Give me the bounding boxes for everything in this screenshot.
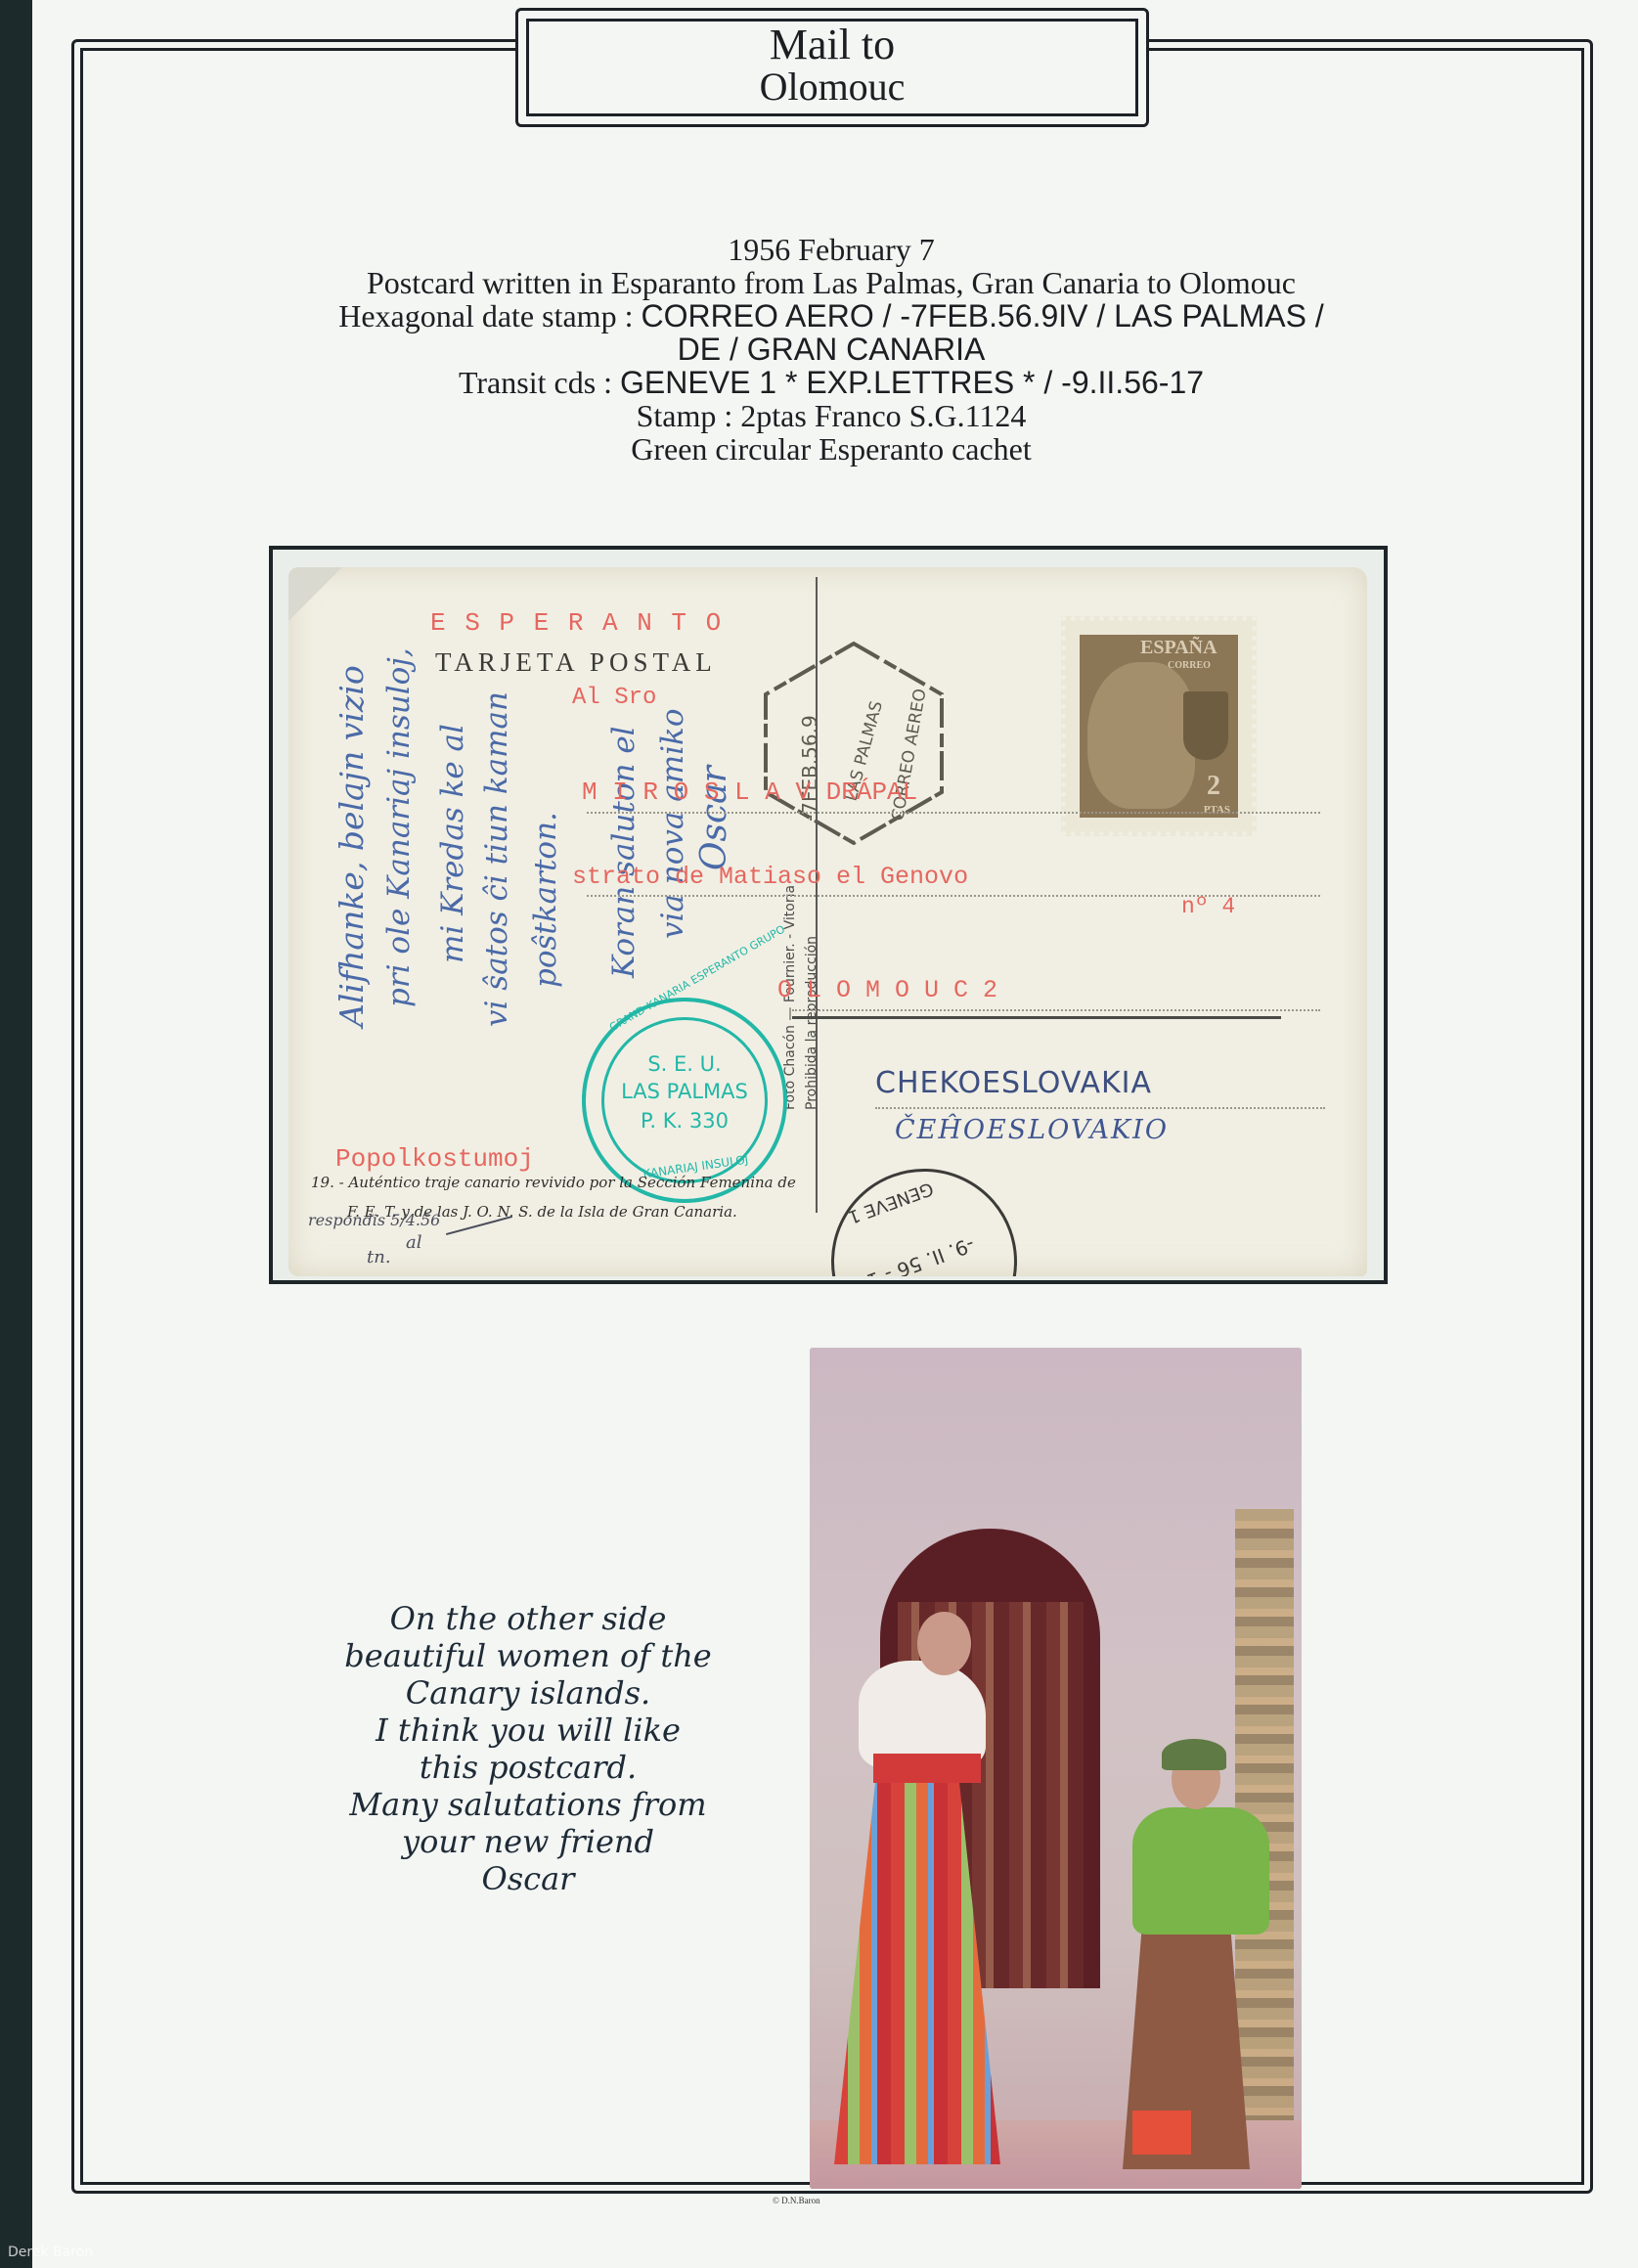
postcard-address-side: Alifhanke, belajn vizio pri ole Kanariaj… <box>288 567 1367 1276</box>
handwritten-message: On the other side beautiful women of the… <box>284 1600 773 1897</box>
handwriting-line: mi Kredas ke al <box>435 724 470 963</box>
description-transit: Transit cds : GENEVE 1 * EXP.LETTRES * /… <box>196 366 1467 399</box>
watermark: Derek Baron <box>8 2245 93 2260</box>
address-street: strato de Matiaso el Genovo <box>572 863 968 891</box>
pencil-note: al <box>406 1232 422 1253</box>
address-city: O L O M O U C 2 <box>777 976 997 1004</box>
description-date: 1956 February 7 <box>196 233 1467 266</box>
description-stamp: Stamp : 2ptas Franco S.G.1124 <box>196 399 1467 432</box>
country-esperanto: ČEĤOESLOVAKIO <box>895 1115 1169 1145</box>
typed-addressee-prefix: Al Sro <box>572 685 656 711</box>
pencil-note: respondis 5/4.56 <box>308 1211 440 1229</box>
typed-esperanto-header: E S P E R A N T O <box>430 608 723 638</box>
address-name: M I R O S L A V DRÁPAL <box>582 778 917 807</box>
handwriting-line: vi ŝatos ĉi tiun kaman <box>479 691 514 1027</box>
city-underline <box>792 1016 1281 1019</box>
typed-caption: Popolkostumoj <box>335 1144 534 1174</box>
reproduction-notice: Prohibida la reproducción <box>804 936 819 1110</box>
handwriting-line: pri ole Kanariaj insuloj, <box>381 647 417 1007</box>
description-hex-stamp-cont: DE / GRAN CANARIA <box>196 333 1467 366</box>
country-handwritten: CHEKOESLOVAKIA <box>875 1066 1152 1100</box>
franco-portrait <box>1087 662 1195 809</box>
address-line <box>792 1009 1320 1011</box>
description-block: 1956 February 7 Postcard written in Espa… <box>196 233 1467 466</box>
geneve-postmark: EXP. LETTRES -9. II. 56 - 17 GENEVE 1 <box>805 1142 1043 1276</box>
page-title: Mail to <box>770 23 895 67</box>
photo-corner <box>288 567 342 621</box>
address-line <box>587 812 1320 814</box>
address-line <box>875 1107 1325 1109</box>
postage-stamp: ESPAÑA CORREO 2 PTAS <box>1061 616 1257 836</box>
handwriting-line: poŝtkarton. <box>528 812 563 988</box>
handwriting-line: via nova amiko <box>655 709 690 939</box>
pencil-note: tn. <box>367 1247 391 1267</box>
handwriting-line: Koran saluton el <box>606 726 642 978</box>
address-house-number: nº 4 <box>1181 894 1235 919</box>
handwriting-line: Alifhanke, belajn vizio <box>332 665 371 1027</box>
coat-of-arms <box>1183 691 1228 760</box>
esperanto-cachet: S. E. U. LAS PALMAS P. K. 330 GRAND-KANA… <box>582 998 787 1203</box>
description-summary: Postcard written in Esparanto from Las P… <box>196 266 1467 299</box>
copyright: © D.N.Baron <box>773 2196 820 2205</box>
page-subtitle: Olomouc <box>760 67 906 108</box>
postcard-picture-side <box>810 1348 1302 2189</box>
title-box: Mail to Olomouc <box>515 8 1149 127</box>
printed-tarjeta-postal: TARJETA POSTAL <box>435 647 717 678</box>
description-hex-stamp: Hexagonal date stamp : CORREO AERO / -7F… <box>196 299 1467 333</box>
printed-caption-line1: 19. - Auténtico traje canario revivido p… <box>311 1174 796 1191</box>
scan-edge-strip <box>0 0 32 2268</box>
hexagonal-postmark: -7FEB.56.9 LAS PALMAS CORREO AEREO <box>746 636 961 851</box>
description-cachet: Green circular Esperanto cachet <box>196 432 1467 466</box>
